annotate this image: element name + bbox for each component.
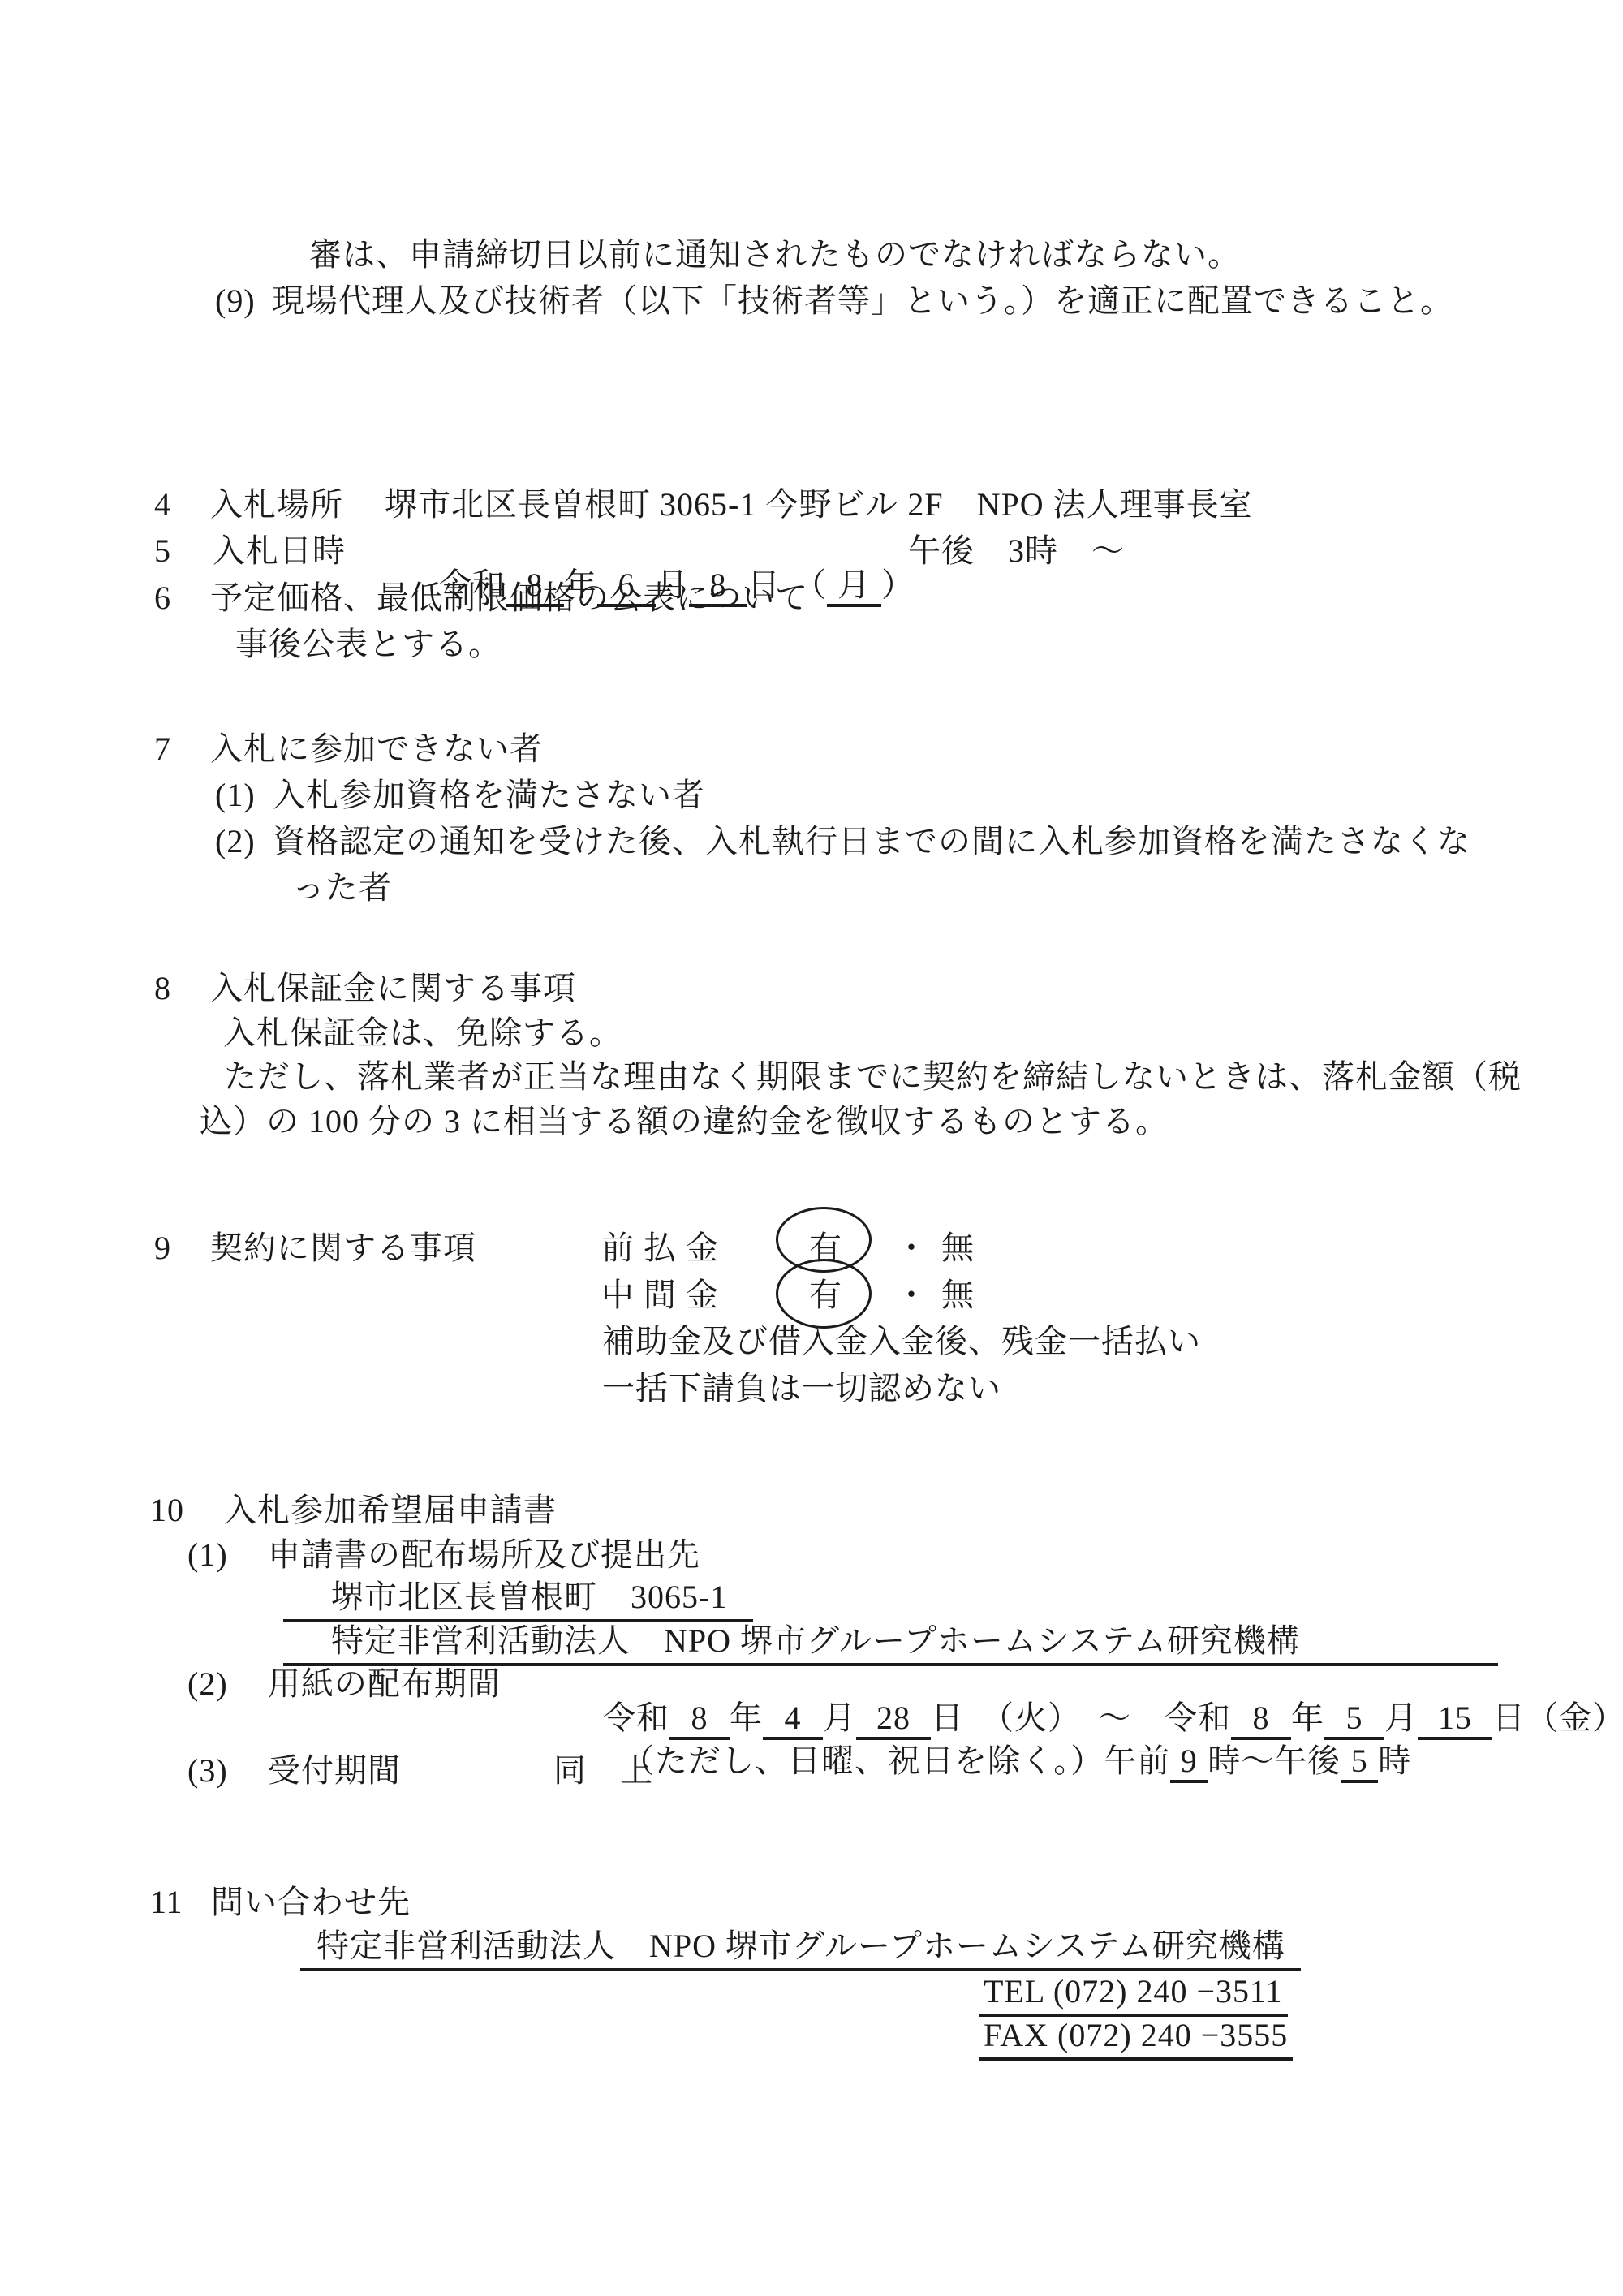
contact-fax-line: FAX (072) 240 −3555: [0, 2018, 1623, 2059]
section-11-line: 11 問い合わせ先: [0, 1885, 1623, 1926]
section-8-body-3: 込）の 100 分の 3 に相当する額の違約金を徴収するものとする。: [200, 1105, 1169, 1139]
contact-org-text: 特定非営利活動法人 NPO 堺市グループホームシステム研究機構: [300, 1929, 1301, 1971]
section-10-item-2-number: (2): [187, 1667, 228, 1701]
section-10-line: 10 入札参加希望届申請書: [0, 1493, 1623, 1534]
contact-fax-text: FAX (072) 240 −3555: [979, 2018, 1293, 2061]
section-6-title: 予定価格、最低制限価格の公表について: [210, 581, 808, 615]
advance-payment-separator: ・: [895, 1231, 928, 1265]
item-9-line: (9) 現場代理人及び技術者（以下「技術者等」という。）を適正に配置できること。: [0, 284, 1623, 325]
section-8-body-line-2: ただし、落札業者が正当な理由なく期限までに契約を締結しないときは、落札金額（税: [0, 1060, 1623, 1101]
contact-org-line: 特定非営利活動法人 NPO 堺市グループホームシステム研究機構: [0, 1929, 1623, 1970]
section-10-item-2-line: (2) 用紙の配布期間 令和 8 年 4 月 28 日 （火） ～ 令和 8 年…: [0, 1667, 1623, 1708]
section-9-number: 9: [154, 1231, 171, 1265]
section-9-title: 契約に関する事項: [210, 1231, 476, 1265]
section-9-line-4: 一括下請負は一切認めない: [0, 1372, 1623, 1412]
section-7-number: 7: [154, 732, 171, 766]
document-page: 審は、申請締切日以前に通知されたものでなければならない。 (9) 現場代理人及び…: [0, 0, 1623, 2296]
section-5-number: 5: [154, 534, 171, 568]
section-5-label: 入札日時: [213, 534, 346, 568]
distribution-org: 特定非営利活動法人 NPO 堺市グループホームシステム研究機構: [283, 1624, 1498, 1666]
section-8-body-1: 入札保証金は、免除する。: [223, 1016, 622, 1050]
section-8-title: 入札保証金に関する事項: [210, 971, 576, 1006]
section-8-body-2: ただし、落札業者が正当な理由なく期限までに契約を締結しないときは、落札金額（税: [224, 1060, 1522, 1094]
section-10-item-3-line: (3) 受付期間 同 上: [0, 1754, 1623, 1794]
section-7-item-2-line: (2) 資格認定の通知を受けた後、入札執行日までの間に入札参加資格を満たさなくな: [0, 825, 1623, 865]
section-10-item-3-number: (3): [187, 1754, 228, 1788]
section-6-number: 6: [154, 581, 171, 615]
contact-tel-text: TEL (072) 240 −3511: [979, 1975, 1288, 2017]
section-10-item-3-title: 受付期間: [268, 1754, 401, 1788]
contact-tel-line: TEL (072) 240 −3511: [0, 1975, 1623, 2015]
circle-mark-interim-payment: [776, 1259, 872, 1329]
section-7-item-2-number: (2): [215, 825, 256, 859]
section-7-item-1-text: 入札参加資格を満たさない者: [273, 778, 705, 812]
distribution-org-line: 特定非営利活動法人 NPO 堺市グループホームシステム研究機構: [0, 1624, 1623, 1665]
section-7-item-2-continuation: った者: [292, 871, 392, 905]
section-11-number: 11: [150, 1885, 183, 1919]
section-9-body-3: 補助金及び借入金入金後、残金一括払い: [602, 1325, 1201, 1359]
section-10-number: 10: [150, 1493, 184, 1527]
intro-line-text: 審は、申請締切日以前に通知されたものでなければならない。: [309, 238, 1241, 272]
section-6-body-line: 事後公表とする。: [0, 627, 1623, 668]
section-7-item-2-text: 資格認定の通知を受けた後、入札執行日までの間に入札参加資格を満たさなくな: [273, 825, 1470, 859]
section-6-body: 事後公表とする。: [235, 627, 502, 661]
section-7-item-1-number: (1): [215, 778, 256, 812]
advance-payment-label: 前 払 金: [601, 1231, 719, 1265]
section-10-item-2-title: 用紙の配布期間: [268, 1667, 501, 1701]
advance-payment-no: 無: [941, 1231, 975, 1265]
interim-payment-label: 中 間 金: [601, 1278, 719, 1312]
intro-line: 審は、申請締切日以前に通知されたものでなければならない。: [0, 238, 1623, 278]
section-8-body-line-3: 込）の 100 分の 3 に相当する額の違約金を徴収するものとする。: [0, 1105, 1623, 1145]
section-7-line: 7 入札に参加できない者: [0, 732, 1623, 773]
distribution-address: 堺市北区長曽根町 3065-1: [283, 1580, 753, 1622]
section-8-line: 8 入札保証金に関する事項: [0, 971, 1623, 1012]
distribution-address-line: 堺市北区長曽根町 3065-1: [0, 1580, 1623, 1621]
contact-tel: TEL (072) 240 −3511: [979, 1975, 1288, 2017]
contact-fax: FAX (072) 240 −3555: [979, 2018, 1293, 2061]
distribution-org-text: 特定非営利活動法人 NPO 堺市グループホームシステム研究機構: [283, 1624, 1498, 1666]
section-4-label: 入札場所: [210, 488, 343, 522]
section-5-line: 5 入札日時 令和 8 年 6 月 8 日（ 月 ） 午後 3時 ～: [0, 534, 1623, 575]
section-10-item-1-line: (1) 申請書の配布場所及び提出先: [0, 1538, 1623, 1579]
section-8-body-line-1: 入札保証金は、免除する。: [0, 1016, 1623, 1057]
interim-payment-separator: ・: [895, 1278, 928, 1312]
section-9-line-3: 補助金及び借入金入金後、残金一括払い: [0, 1325, 1623, 1365]
section-11-title: 問い合わせ先: [211, 1885, 411, 1919]
item-9-text: 現場代理人及び技術者（以下「技術者等」という。）を適正に配置できること。: [272, 284, 1453, 318]
section-7-item-1-line: (1) 入札参加資格を満たさない者: [0, 778, 1623, 819]
section-6-line: 6 予定価格、最低制限価格の公表について: [0, 581, 1623, 622]
section-10-item-3-value: 同 上: [553, 1754, 653, 1788]
section-7-item-2-cont-line: った者: [0, 871, 1623, 911]
distribution-period-note-line: （ただし、日曜、祝日を除く。）午前9時～午後5時: [0, 1710, 1623, 1751]
section-10-item-1-number: (1): [187, 1538, 228, 1572]
section-10-item-1-title: 申請書の配布場所及び提出先: [268, 1538, 700, 1572]
contact-org: 特定非営利活動法人 NPO 堺市グループホームシステム研究機構: [300, 1929, 1301, 1971]
section-8-number: 8: [154, 971, 171, 1006]
section-9-body-4: 一括下請負は一切認めない: [602, 1372, 1001, 1406]
bid-time-value: 午後 3時 ～: [908, 534, 1125, 568]
section-10-title: 入札参加希望届申請書: [224, 1493, 557, 1527]
section-4-number: 4: [154, 488, 171, 522]
interim-payment-no: 無: [941, 1278, 975, 1312]
section-7-title: 入札に参加できない者: [210, 732, 543, 766]
section-4-line: 4 入札場所 堺市北区長曽根町 3065-1 今野ビル 2F NPO 法人理事長…: [0, 488, 1623, 528]
item-9-number: (9): [215, 284, 256, 318]
section-4-value: 堺市北区長曽根町 3065-1 今野ビル 2F NPO 法人理事長室: [385, 488, 1253, 522]
distribution-address-text: 堺市北区長曽根町 3065-1: [283, 1580, 753, 1622]
